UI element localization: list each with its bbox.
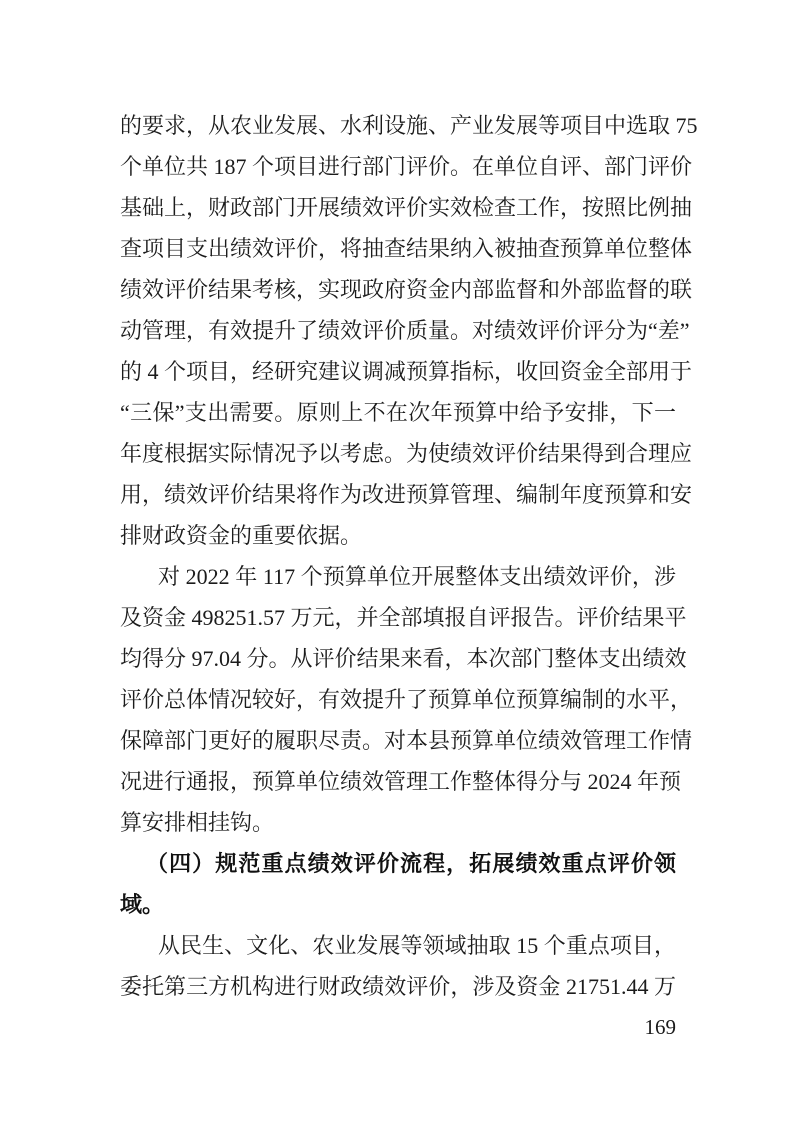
- text-line: 均得分 97.04 分。从评价结果来看，本次部门整体支出绩效: [120, 638, 676, 679]
- page-number: 169: [120, 1013, 676, 1041]
- text-line: 况进行通报，预算单位绩效管理工作整体得分与 2024 年预: [120, 761, 676, 802]
- text-line: 排财政资金的重要依据。: [120, 515, 676, 556]
- section-heading-line: 域。: [120, 884, 676, 925]
- text-line: 年度根据实际情况予以考虑。为使绩效评价结果得到合理应: [120, 433, 676, 474]
- text-line: 查项目支出绩效评价，将抽查结果纳入被抽查预算单位整体: [120, 228, 676, 269]
- text-line: 的 4 个项目，经研究建议调减预算指标，收回资金全部用于: [120, 351, 676, 392]
- text-line: 用，绩效评价结果将作为改进预算管理、编制年度预算和安: [120, 474, 676, 515]
- text-line: 算安排相挂钩。: [120, 802, 676, 843]
- text-line: 对 2022 年 117 个预算单位开展整体支出绩效评价，涉: [120, 556, 676, 597]
- text-line: 委托第三方机构进行财政绩效评价，涉及资金 21751.44 万: [120, 966, 676, 1007]
- text-line: 动管理，有效提升了绩效评价质量。对绩效评价评分为“差”: [120, 310, 676, 351]
- text-line: 评价总体情况较好，有效提升了预算单位预算编制的水平，: [120, 679, 676, 720]
- text-line: 保障部门更好的履职尽责。对本县预算单位绩效管理工作情: [120, 720, 676, 761]
- text-column: 的要求，从农业发展、水利设施、产业发展等项目中选取 75 个单位共 187 个项…: [120, 105, 676, 1007]
- text-line: 从民生、文化、农业发展等领域抽取 15 个重点项目，: [120, 925, 676, 966]
- text-line: “三保”支出需要。原则上不在次年预算中给予安排，下一: [120, 392, 676, 433]
- section-heading-line: （四）规范重点绩效评价流程，拓展绩效重点评价领: [120, 843, 676, 884]
- text-line: 个单位共 187 个项目进行部门评价。在单位自评、部门评价: [120, 146, 676, 187]
- document-page: 的要求，从农业发展、水利设施、产业发展等项目中选取 75 个单位共 187 个项…: [0, 0, 793, 1122]
- text-line: 及资金 498251.57 万元，并全部填报自评报告。评价结果平: [120, 597, 676, 638]
- text-line: 基础上，财政部门开展绩效评价实效检查工作，按照比例抽: [120, 187, 676, 228]
- text-line: 的要求，从农业发展、水利设施、产业发展等项目中选取 75: [120, 105, 676, 146]
- text-line: 绩效评价结果考核，实现政府资金内部监督和外部监督的联: [120, 269, 676, 310]
